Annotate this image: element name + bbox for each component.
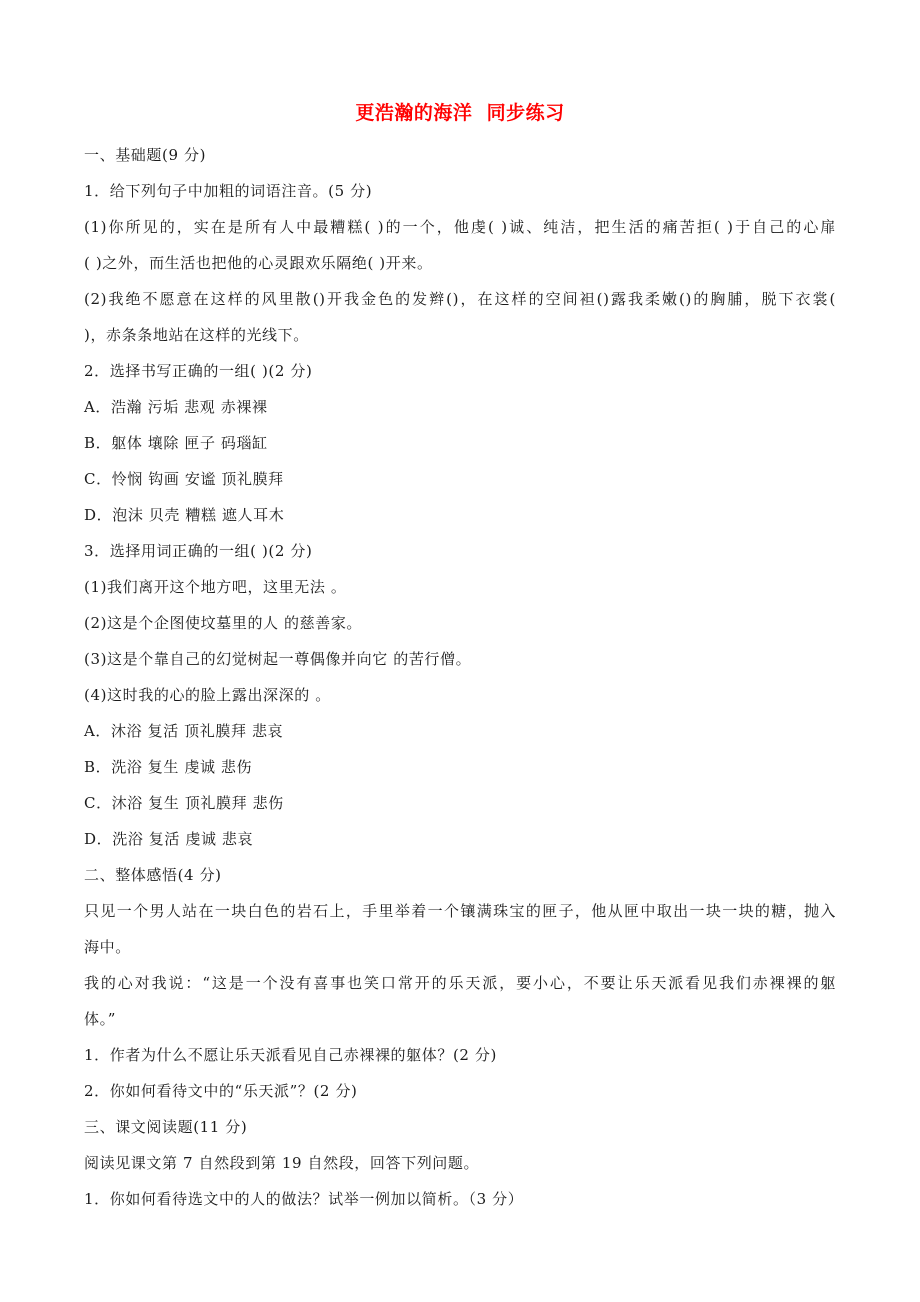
reading-instruction: 阅读见课文第 7 自然段到第 19 自然段，回答下列问题。: [84, 1153, 836, 1173]
section-heading-reading: 三、课文阅读题(11 分): [84, 1117, 836, 1137]
question-3-sentence-4: (4)这时我的心的脸上露出深深的 。: [84, 685, 836, 705]
question-2-option-a: A．浩瀚 污垢 悲观 赤裸裸: [84, 397, 836, 417]
section-2-question-2: 2．你如何看待文中的“乐天派”？(2 分): [84, 1081, 836, 1101]
question-3-prompt: 3．选择用词正确的一组( )(2 分): [84, 541, 836, 561]
question-3-option-d: D．洗浴 复活 虔诚 悲哀: [84, 829, 836, 849]
section-2-question-1: 1．作者为什么不愿让乐天派看见自己赤裸裸的躯体？(2 分): [84, 1045, 836, 1065]
question-2-option-c: C．怜悯 钩画 安谧 顶礼膜拜: [84, 469, 836, 489]
question-3-option-c: C．沐浴 复生 顶礼膜拜 悲伤: [84, 793, 836, 813]
question-2-option-d: D．泡沫 贝壳 糟糕 遮人耳木: [84, 505, 836, 525]
question-3-sentence-3: (3)这是个靠自己的幻觉树起一尊偶像并向它 的苦行僧。: [84, 649, 836, 669]
question-3-sentence-2: (2)这是个企图使坟墓里的人 的慈善家。: [84, 613, 836, 633]
section-heading-basic: 一、基础题(9 分): [84, 145, 836, 165]
passage-paragraph-1-line-2: 海中。: [84, 937, 836, 957]
passage-paragraph-1-line-1: 只见一个男人站在一块白色的岩石上，手里举着一个镶满珠宝的匣子，他从匣中取出一块一…: [84, 901, 836, 921]
question-1-prompt: 1．给下列句子中加粗的词语注音。(5 分): [84, 181, 836, 201]
document-title: 更浩瀚的海洋 同步练习: [84, 100, 836, 126]
question-1-item-2-line-2: )，赤条条地站在这样的光线下。: [84, 325, 836, 345]
question-3-option-a: A．沐浴 复活 顶礼膜拜 悲哀: [84, 721, 836, 741]
passage-paragraph-2-line-1: 我的心对我说：“这是一个没有喜事也笑口常开的乐天派，要小心，不要让乐天派看见我们…: [84, 973, 836, 993]
section-heading-overall: 二、整体感悟(4 分): [84, 865, 836, 885]
section-3-question-1: 1．你如何看待选文中的人的做法？试举一例加以简析。（3 分）: [84, 1189, 836, 1209]
question-3-option-b: B．洗浴 复生 虔诚 悲伤: [84, 757, 836, 777]
question-1-item-1-line-2: ( )之外，而生活也把他的心灵跟欢乐隔绝( )开来。: [84, 253, 836, 273]
question-2-prompt: 2．选择书写正确的一组( )(2 分): [84, 361, 836, 381]
question-3-sentence-1: (1)我们离开这个地方吧，这里无法 。: [84, 577, 836, 597]
question-1-item-1-line-1: (1)你所见的，实在是所有人中最糟糕( )的一个，他虔( )诚、纯洁，把生活的痛…: [84, 217, 836, 237]
question-2-option-b: B．躯体 壤除 匣子 码瑙缸: [84, 433, 836, 453]
passage-paragraph-2-line-2: 体。”: [84, 1009, 836, 1029]
question-1-item-2-line-1: (2)我绝不愿意在这样的风里散()开我金色的发辫()，在这样的空间袒()露我柔嫩…: [84, 289, 836, 309]
